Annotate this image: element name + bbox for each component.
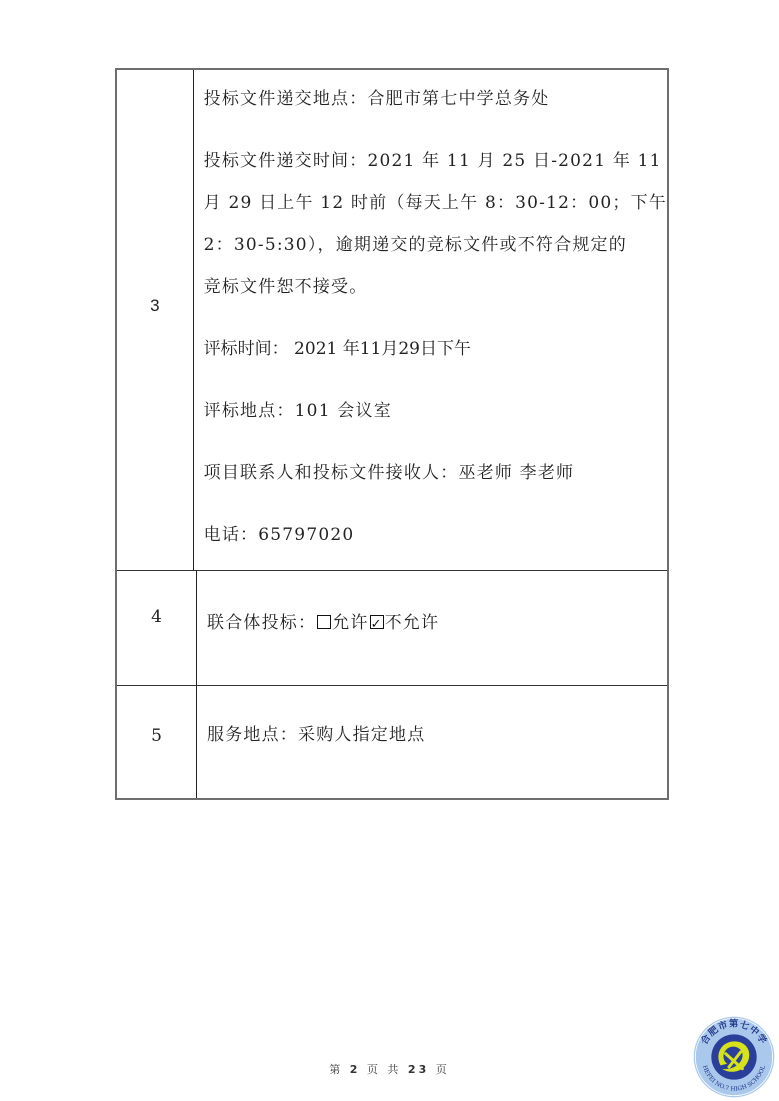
submission-time-line-1: 投标文件递交时间：2021 年 11 月 25 日-2021 年 11	[204, 146, 667, 176]
table-row-3: 3 投标文件递交地点：合肥市第七中学总务处 投标文件递交时间：2021 年 11…	[117, 70, 667, 571]
row-content: 服务地点：采购人指定地点	[197, 686, 667, 798]
submission-time-line-2: 月 29 日上午 12 时前（每天上午 8：30-12：00；下午	[204, 188, 667, 218]
current-page-number: 2	[350, 1063, 361, 1076]
footer-middle: 页 共	[367, 1063, 402, 1076]
consortium-bidding: 联合体投标：允许不允许	[207, 608, 667, 638]
total-pages: 23	[408, 1063, 429, 1076]
row-number: 3	[117, 70, 194, 570]
contact-phone: 电话：65797020	[204, 520, 667, 550]
option-allow: 允许	[332, 613, 368, 633]
footer-suffix: 页	[436, 1063, 450, 1076]
submission-time-line-3: 2：30-5:30），逾期递交的竞标文件或不符合规定的	[204, 230, 667, 260]
row-content: 联合体投标：允许不允许	[197, 571, 667, 685]
submission-time-line-4: 竞标文件恕不接受。	[204, 272, 667, 302]
row-number: 5	[117, 686, 197, 798]
page-footer: 第 2 页 共 23 页	[0, 1061, 779, 1077]
table-row-4: 4 联合体投标：允许不允许	[117, 571, 667, 686]
bidding-info-table: 3 投标文件递交地点：合肥市第七中学总务处 投标文件递交时间：2021 年 11…	[115, 68, 669, 800]
option-not-allow: 不允许	[385, 613, 440, 633]
submission-location: 投标文件递交地点：合肥市第七中学总务处	[204, 84, 667, 114]
contact-persons: 项目联系人和投标文件接收人：巫老师 李老师	[204, 458, 667, 488]
footer-prefix: 第	[329, 1063, 343, 1076]
table-row-5: 5 服务地点：采购人指定地点	[117, 686, 667, 798]
row-number: 4	[117, 571, 197, 685]
checkbox-checked-icon	[370, 615, 384, 629]
consortium-label: 联合体投标：	[207, 613, 316, 633]
row-content: 投标文件递交地点：合肥市第七中学总务处 投标文件递交时间：2021 年 11 月…	[194, 70, 667, 570]
school-logo-icon: 合肥市第七中学 HEFEI NO.7 HIGH SCHOOL	[692, 1015, 776, 1099]
evaluation-location: 评标地点：101 会议室	[204, 396, 667, 426]
service-location: 服务地点：采购人指定地点	[207, 720, 667, 750]
evaluation-time: 评标时间： 2021 年11月29日下午	[204, 334, 667, 364]
checkbox-unchecked-icon	[317, 615, 331, 629]
